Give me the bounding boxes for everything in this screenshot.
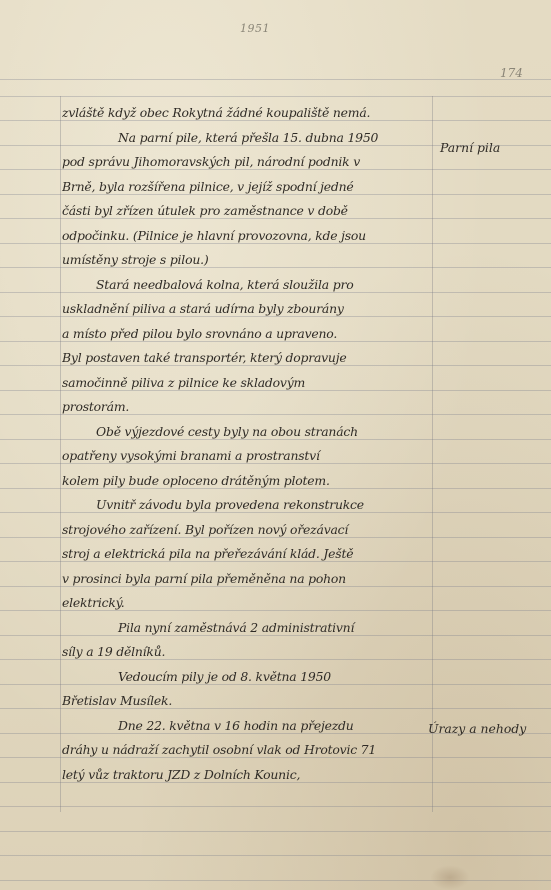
text-line: letý vůz traktoru JZD z Dolních Kounic, [62,763,430,788]
handwritten-body: zvláště když obec Rokytná žádné koupališ… [62,101,430,787]
text-line: Na parní pile, která přešla 15. dubna 19… [62,126,430,151]
page-number: 174 [500,66,523,80]
text-line: elektrický. [62,591,430,616]
text-line: uskladnění piliva a stará udírna byly zb… [62,297,430,322]
text-line: Dne 22. května v 16 hodin na přejezdu [62,714,430,739]
paper-stain [430,865,470,890]
margin-note-urazy: Úrazy a nehody [428,721,526,736]
text-line: Obě výjezdové cesty byly na obou stranác… [62,420,430,445]
text-line: a místo před pilou bylo srovnáno a uprav… [62,322,430,347]
text-line: zvláště když obec Rokytná žádné koupališ… [62,101,430,126]
text-line: síly a 19 dělníků. [62,640,430,665]
text-line: stroj a elektrická pila na přeřezávání k… [62,542,430,567]
text-line: Uvnitř závodu byla provedena rekonstrukc… [62,493,430,518]
text-line: dráhy u nádraží zachytil osobní vlak od … [62,738,430,763]
notebook-page: 1951 174 zvláště když obec Rokytná žádné… [0,0,551,890]
text-line: odpočinku. (Pilnice je hlavní provozovna… [62,224,430,249]
text-line: prostorám. [62,395,430,420]
text-line: Vedoucím pily je od 8. května 1950 [62,665,430,690]
text-line: Břetislav Musílek. [62,689,430,714]
header-year: 1951 [240,22,270,35]
text-line: umístěny stroje s pilou.) [62,248,430,273]
text-line: strojového zařízení. Byl pořízen nový oř… [62,518,430,543]
left-margin-line [60,96,61,812]
text-line: Pila nyní zaměstnává 2 administrativní [62,616,430,641]
text-line: kolem pily bude oploceno drátěným plotem… [62,469,430,494]
text-line: samočinně piliva z pilnice ke skladovým [62,371,430,396]
text-line: v prosinci byla parní pila přeměněna na … [62,567,430,592]
text-line: části byl zřízen útulek pro zaměstnance … [62,199,430,224]
text-line: Brně, byla rozšířena pilnice, v jejíž sp… [62,175,430,200]
text-line: Stará needbalová kolna, která sloužila p… [62,273,430,298]
text-line: Byl postaven také transportér, který dop… [62,346,430,371]
right-margin-line [432,96,433,812]
text-line: opatřeny vysokými branami a prostranství [62,444,430,469]
text-line: pod správu Jihomoravských pil, národní p… [62,150,430,175]
margin-note-parni-pila: Parní pila [440,140,500,155]
